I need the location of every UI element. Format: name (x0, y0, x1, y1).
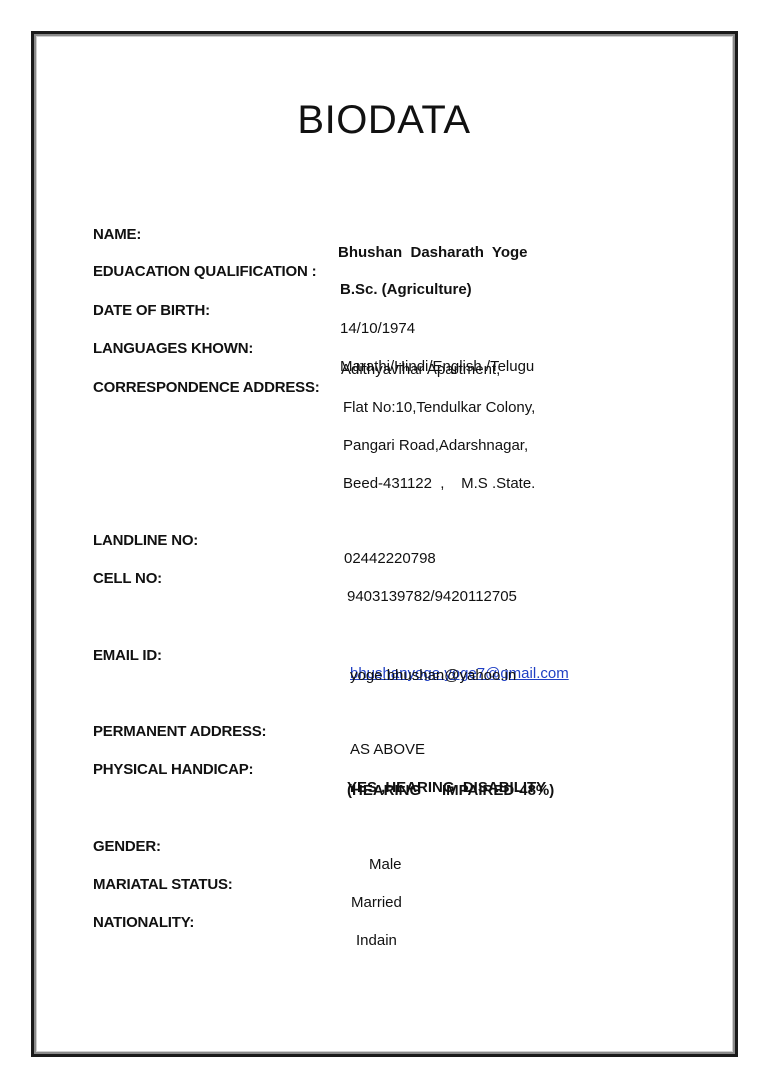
field-label: NAME: (93, 226, 141, 244)
field-value: Married (351, 894, 402, 912)
field-value: 9403139782/9420112705 (347, 588, 517, 606)
field-value: Bhushan Dasharath Yoge (338, 244, 528, 262)
address-line: Pangari Road,Adarshnagar, (343, 437, 528, 455)
field-label: MARIATAL STATUS: (93, 876, 233, 894)
email-secondary: yoge.bhushan@yahoo.in (350, 667, 516, 685)
field-value: AS ABOVE (350, 741, 425, 759)
field-label: CORRESPONDENCE ADDRESS: (93, 379, 320, 397)
field-label: PERMANENT ADDRESS: (93, 723, 266, 741)
field-label: DATE OF BIRTH: (93, 302, 210, 320)
field-value: Male (369, 856, 402, 874)
address-line: Beed-431122 , M.S .State. (343, 475, 535, 493)
field-label: LANGUAGES KHOWN: (93, 340, 253, 358)
field-nationality: NATIONALITY: Indain (93, 896, 101, 950)
handicap-line: (HEARING IMPAIRED-48%) (347, 782, 554, 800)
field-correspondence-address: CORRESPONDENCE ADDRESS: Adithyavihar Apa… (93, 361, 101, 469)
field-value: Indain (356, 932, 397, 950)
field-label: CELL NO: (93, 570, 162, 588)
address-line: Adithyavihar Apartment, (341, 361, 500, 379)
field-label: LANDLINE NO: (93, 532, 198, 550)
field-cell: CELL NO: 9403139782/9420112705 (93, 552, 101, 606)
field-label: GENDER: (93, 838, 161, 856)
field-value: 14/10/1974 (340, 320, 415, 338)
field-physical-handicap: PHYSICAL HANDICAP: YES ,HEARING DISABILI… (93, 743, 101, 815)
field-value: 02442220798 (344, 550, 436, 568)
field-label: NATIONALITY: (93, 914, 194, 932)
address-line: Flat No:10,Tendulkar Colony, (343, 399, 535, 417)
field-label: EDUACATION QUALIFICATION : (93, 263, 316, 281)
field-email: EMAIL ID: bhushanyoge.yoge7@gmail.com yo… (93, 629, 101, 701)
field-label: EMAIL ID: (93, 647, 162, 665)
document-title: BIODATA (0, 98, 768, 143)
field-value: B.Sc. (Agriculture) (340, 281, 472, 299)
field-label: PHYSICAL HANDICAP: (93, 761, 253, 779)
